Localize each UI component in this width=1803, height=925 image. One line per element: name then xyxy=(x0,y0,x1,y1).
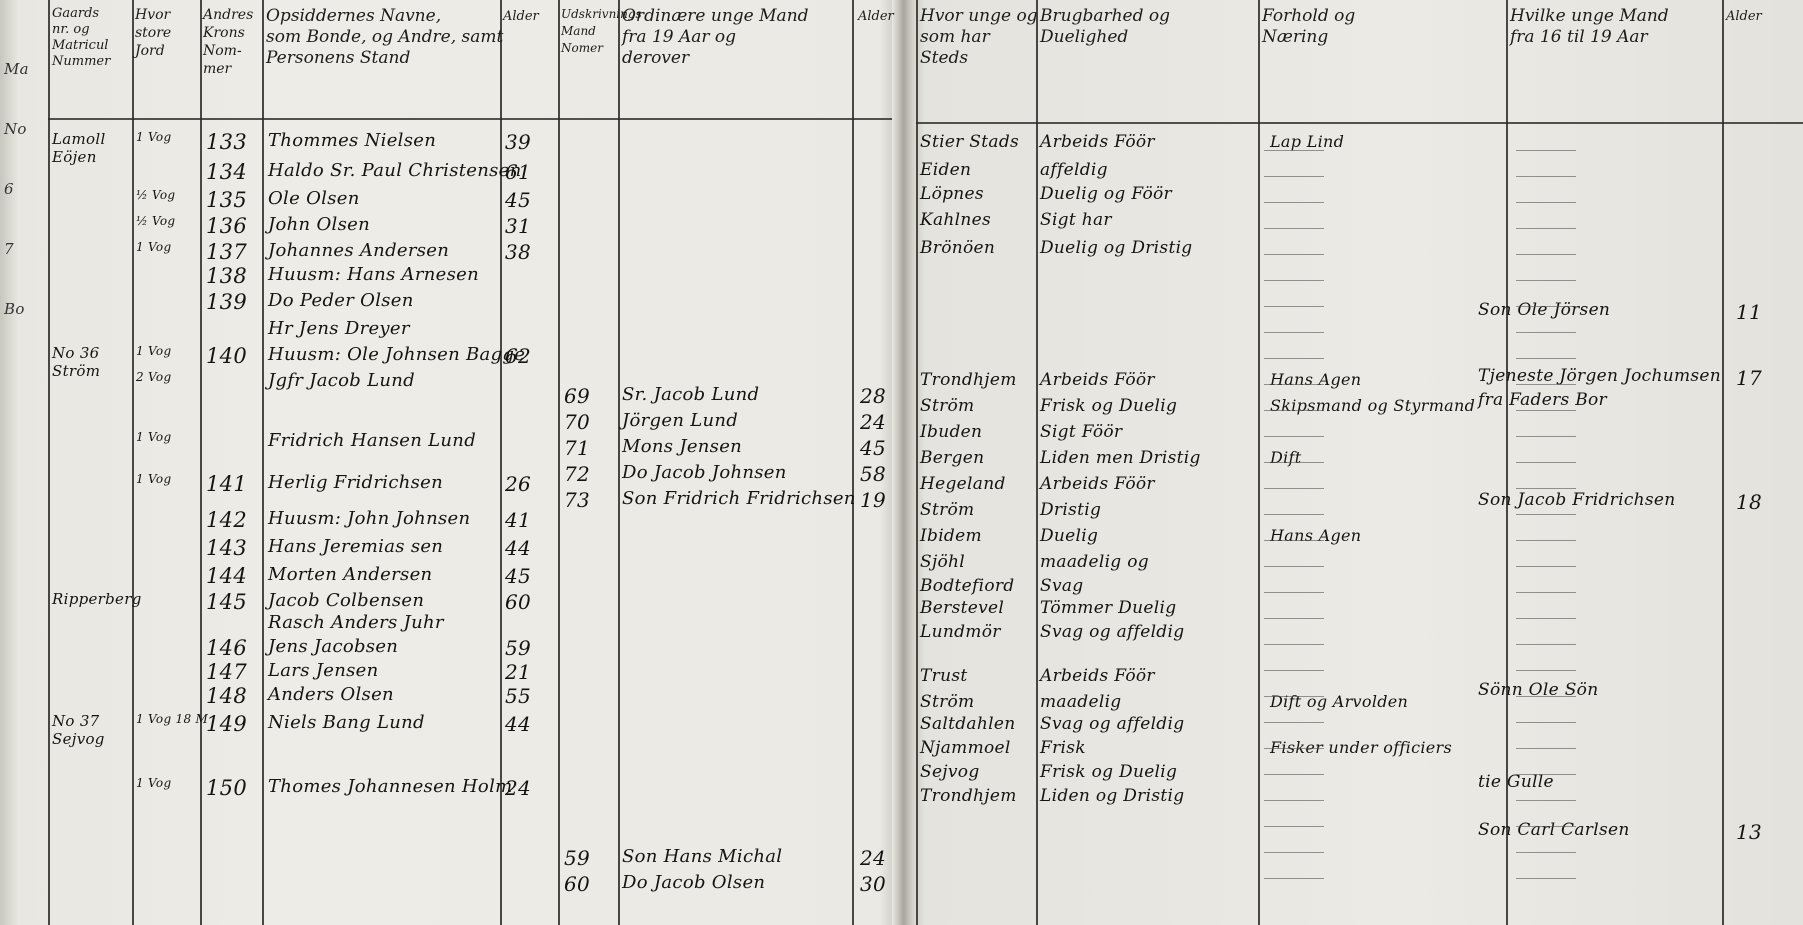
youth-entry: Sönn Ole Sön xyxy=(1478,680,1598,700)
ability-note: Arbeids Föör xyxy=(1040,370,1155,390)
ruled-dash xyxy=(1264,462,1324,463)
young-man-name: Do Jacob Johnsen xyxy=(622,462,787,483)
ability-note: Duelig xyxy=(1040,526,1098,546)
place-name: Ibuden xyxy=(920,422,982,442)
header-young-men: Ordinære unge Mand fra 19 Aar og derover xyxy=(622,6,809,69)
ruled-dash xyxy=(1516,878,1576,879)
person-age: 61 xyxy=(505,160,531,184)
ability-note: Duelig og Föör xyxy=(1040,184,1172,204)
ability-note: Arbeids Föör xyxy=(1040,474,1155,494)
place-name: Ibidem xyxy=(920,526,982,546)
person-name: Huusm: John Johnsen xyxy=(268,508,470,529)
place-name: Löpnes xyxy=(920,184,984,204)
place-name: Berstevel xyxy=(920,598,1004,618)
place-name: Trust xyxy=(920,666,967,686)
entry-number: 140 xyxy=(206,344,247,368)
ruled-dash xyxy=(1516,358,1576,359)
person-age: 21 xyxy=(505,660,531,684)
header-conduct: Forhold og Næring xyxy=(1262,6,1355,48)
person-name: Rasch Anders Juhr xyxy=(268,612,444,633)
ruled-dash xyxy=(1264,644,1324,645)
youth-entry: tie Gulle xyxy=(1478,772,1554,792)
place-name: Bodtefiord xyxy=(920,576,1014,596)
ruled-dash xyxy=(1264,332,1324,333)
ability-note: Liden og Dristig xyxy=(1040,786,1184,806)
person-name: Anders Olsen xyxy=(268,684,394,705)
ruled-dash xyxy=(1264,878,1324,879)
entry-number: 150 xyxy=(206,776,247,800)
ruled-dash xyxy=(1516,722,1576,723)
entry-number: 149 xyxy=(206,712,247,736)
place-name: Bergen xyxy=(920,448,984,468)
ruled-dash xyxy=(1516,696,1576,697)
person-name: John Olsen xyxy=(268,214,370,235)
header-age: Alder xyxy=(503,6,539,27)
person-age: 62 xyxy=(505,344,531,368)
young-man-age: 28 xyxy=(860,384,886,408)
ruled-dash xyxy=(1264,800,1324,801)
ruled-dash xyxy=(1516,462,1576,463)
place-name: Ström xyxy=(920,396,974,416)
conscript-number: 59 xyxy=(564,846,590,870)
land-size: 2 Vog xyxy=(136,370,171,384)
person-age: 60 xyxy=(505,590,531,614)
ruled-dash xyxy=(1264,254,1324,255)
ruled-dash xyxy=(1264,826,1324,827)
person-name: Huusm: Hans Arnesen xyxy=(268,264,479,285)
header-place: Hvor unge og som har Steds xyxy=(920,6,1038,69)
conduct-note: Lap Lind xyxy=(1270,132,1344,151)
entry-number: 138 xyxy=(206,264,247,288)
ruled-dash xyxy=(1264,514,1324,515)
entry-number: 146 xyxy=(206,636,247,660)
conscript-number: 73 xyxy=(564,488,590,512)
entry-number: 135 xyxy=(206,188,247,212)
ability-note: maadelig og xyxy=(1040,552,1149,572)
entry-number: 145 xyxy=(206,590,247,614)
ruled-dash xyxy=(1516,540,1576,541)
young-man-name: Jörgen Lund xyxy=(622,410,738,431)
place-name: Ström xyxy=(920,500,974,520)
youth-entry: fra Faders Bor xyxy=(1478,390,1607,410)
ruled-dash xyxy=(1264,228,1324,229)
ruled-dash xyxy=(1516,410,1576,411)
conscript-number: 70 xyxy=(564,410,590,434)
margin-mark: Ma xyxy=(4,60,29,78)
ability-note: Dristig xyxy=(1040,500,1101,520)
entry-number: 142 xyxy=(206,508,247,532)
person-age: 44 xyxy=(505,712,531,736)
ruled-dash xyxy=(1264,852,1324,853)
youth-entry: Son Ole Jörsen xyxy=(1478,300,1610,320)
entry-number: 133 xyxy=(206,130,247,154)
land-size: ½ Vog xyxy=(136,214,175,228)
place-name: Sejvog xyxy=(920,762,980,782)
conduct-note: Hans Agen xyxy=(1270,526,1361,545)
land-size: 1 Vog xyxy=(136,240,171,254)
place-name: Trondhjem xyxy=(920,786,1017,806)
place-name: Njammoel xyxy=(920,738,1011,758)
conscript-number: 71 xyxy=(564,436,590,460)
ruled-dash xyxy=(1516,852,1576,853)
land-size: 1 Vog xyxy=(136,130,171,144)
ability-note: Duelig og Dristig xyxy=(1040,238,1193,258)
conduct-note: Skipsmand og Styrmand xyxy=(1270,396,1475,415)
person-age: 44 xyxy=(505,536,531,560)
young-man-name: Sr. Jacob Lund xyxy=(622,384,759,405)
ruled-dash xyxy=(1264,592,1324,593)
young-man-age: 24 xyxy=(860,846,886,870)
ruled-dash xyxy=(1264,280,1324,281)
person-name: Thommes Nielsen xyxy=(268,130,436,151)
person-name: Haldo Sr. Paul Christensen xyxy=(268,160,522,181)
farm-name: No 37 Sejvog xyxy=(52,712,105,748)
person-age: 55 xyxy=(505,684,531,708)
young-man-age: 19 xyxy=(860,488,886,512)
land-size: 1 Vog xyxy=(136,344,171,358)
land-size: 1 Vog xyxy=(136,472,171,486)
youth-age: 13 xyxy=(1736,820,1762,844)
entry-number: 139 xyxy=(206,290,247,314)
entry-number: 148 xyxy=(206,684,247,708)
ruled-dash xyxy=(1264,488,1324,489)
ruled-dash xyxy=(1264,150,1324,151)
conduct-note: Hans Agen xyxy=(1270,370,1361,389)
ruled-dash xyxy=(1264,618,1324,619)
ruled-dash xyxy=(1516,280,1576,281)
margin-mark: Bo xyxy=(4,300,25,318)
place-name: Ström xyxy=(920,692,974,712)
ruled-dash xyxy=(1516,748,1576,749)
land-size: 1 Vog xyxy=(136,430,171,444)
ruled-dash xyxy=(1516,488,1576,489)
place-name: Kahlnes xyxy=(920,210,991,230)
person-name: Do Peder Olsen xyxy=(268,290,414,311)
census-register-page: Gaards nr. og Matricul Nummer Hvor store… xyxy=(0,0,1803,925)
ability-note: Arbeids Föör xyxy=(1040,132,1155,152)
young-man-age: 24 xyxy=(860,410,886,434)
ruled-dash xyxy=(1516,384,1576,385)
person-age: 45 xyxy=(505,564,531,588)
ruled-dash xyxy=(1264,774,1324,775)
ruled-dash xyxy=(1516,618,1576,619)
entry-number: 137 xyxy=(206,240,247,264)
ability-note: Sigt Föör xyxy=(1040,422,1122,442)
entry-number: 147 xyxy=(206,660,247,684)
place-name: Trondhjem xyxy=(920,370,1017,390)
place-name: Saltdahlen xyxy=(920,714,1015,734)
ruled-dash xyxy=(1264,670,1324,671)
ruled-dash xyxy=(1264,358,1324,359)
young-man-name: Do Jacob Olsen xyxy=(622,872,765,893)
person-name: Jacob Colbensen xyxy=(268,590,424,611)
person-name: Ole Olsen xyxy=(268,188,360,209)
person-name: Morten Andersen xyxy=(268,564,432,585)
ruled-dash xyxy=(1264,306,1324,307)
young-man-name: Son Fridrich Fridrichsen xyxy=(622,488,856,509)
entry-number: 144 xyxy=(206,564,247,588)
youth-entry: Son Carl Carlsen xyxy=(1478,820,1630,840)
ruled-dash xyxy=(1516,592,1576,593)
margin-mark: 7 xyxy=(4,240,14,258)
ability-note: Frisk xyxy=(1040,738,1086,758)
ruled-dash xyxy=(1264,540,1324,541)
person-name: Fridrich Hansen Lund xyxy=(268,430,476,451)
conscript-number: 60 xyxy=(564,872,590,896)
place-name: Lundmör xyxy=(920,622,1001,642)
farm-name: Lamoll Eöjen xyxy=(52,130,106,166)
header-number: Andres Krons Nom- mer xyxy=(203,6,253,78)
ability-note: Liden men Dristig xyxy=(1040,448,1201,468)
person-age: 24 xyxy=(505,776,531,800)
ability-note: Frisk og Duelig xyxy=(1040,396,1177,416)
conscript-number: 72 xyxy=(564,462,590,486)
person-age: 41 xyxy=(505,508,531,532)
margin-mark: 6 xyxy=(4,180,14,198)
book-gutter xyxy=(892,0,918,925)
person-age: 31 xyxy=(505,214,531,238)
header-age-3: Alder xyxy=(1726,6,1762,27)
person-name: Lars Jensen xyxy=(268,660,379,681)
ruled-dash xyxy=(1516,306,1576,307)
person-name: Jgfr Jacob Lund xyxy=(268,370,415,391)
ruled-dash xyxy=(1516,826,1576,827)
place-name: Brönöen xyxy=(920,238,995,258)
ability-note: Svag og affeldig xyxy=(1040,714,1184,734)
ruled-dash xyxy=(1516,514,1576,515)
ruled-dash xyxy=(1264,696,1324,697)
person-name: Hr Jens Dreyer xyxy=(268,318,410,339)
entry-number: 134 xyxy=(206,160,247,184)
ruled-dash xyxy=(1516,176,1576,177)
ability-note: affeldig xyxy=(1040,160,1108,180)
person-age: 38 xyxy=(505,240,531,264)
ruled-dash xyxy=(1516,670,1576,671)
conduct-note: Dift og Arvolden xyxy=(1270,692,1408,711)
entry-number: 136 xyxy=(206,214,247,238)
land-size: ½ Vog xyxy=(136,188,175,202)
farm-name: No 36 Ström xyxy=(52,344,100,380)
header-youth: Hvilke unge Mand fra 16 til 19 Aar xyxy=(1510,6,1669,48)
person-name: Hans Jeremias sen xyxy=(268,536,443,557)
ruled-dash xyxy=(1264,202,1324,203)
ruled-dash xyxy=(1264,410,1324,411)
ability-note: maadelig xyxy=(1040,692,1122,712)
person-age: 26 xyxy=(505,472,531,496)
land-size: 1 Vog xyxy=(136,776,171,790)
conscript-number: 69 xyxy=(564,384,590,408)
ability-note: Frisk og Duelig xyxy=(1040,762,1177,782)
land-size: 1 Vog 18 M xyxy=(136,712,208,726)
person-age: 45 xyxy=(505,188,531,212)
place-name: Stier Stads xyxy=(920,132,1019,152)
person-age: 59 xyxy=(505,636,531,660)
ruled-dash xyxy=(1516,566,1576,567)
header-age-2: Alder xyxy=(858,6,894,27)
ruled-dash xyxy=(1516,202,1576,203)
header-ability: Brugbarhed og Duelighed xyxy=(1040,6,1170,48)
young-man-name: Son Hans Michal xyxy=(622,846,782,867)
person-name: Huusm: Ole Johnsen Bagge xyxy=(268,344,525,365)
youth-entry: Tjeneste Jörgen Jochumsen xyxy=(1478,366,1721,386)
youth-age: 18 xyxy=(1736,490,1762,514)
ruled-dash xyxy=(1264,436,1324,437)
young-man-name: Mons Jensen xyxy=(622,436,742,457)
youth-entry: Son Jacob Fridrichsen xyxy=(1478,490,1676,510)
ruled-dash xyxy=(1264,384,1324,385)
ruled-dash xyxy=(1516,800,1576,801)
person-name: Thomes Johannesen Holm xyxy=(268,776,513,797)
header-land: Hvor store Jord xyxy=(135,6,171,60)
conduct-note: Dift xyxy=(1270,448,1302,467)
ruled-dash xyxy=(1264,176,1324,177)
ability-note: Svag og affeldig xyxy=(1040,622,1184,642)
ruled-dash xyxy=(1516,644,1576,645)
youth-age: 11 xyxy=(1736,300,1762,324)
ruled-dash xyxy=(1516,254,1576,255)
header-names: Opsiddernes Navne, som Bonde, og Andre, … xyxy=(266,6,503,69)
ability-note: Arbeids Föör xyxy=(1040,666,1155,686)
ruled-dash xyxy=(1516,150,1576,151)
ruled-dash xyxy=(1516,436,1576,437)
place-name: Eiden xyxy=(920,160,971,180)
ability-note: Sigt har xyxy=(1040,210,1112,230)
young-man-age: 30 xyxy=(860,872,886,896)
person-age: 39 xyxy=(505,130,531,154)
place-name: Hegeland xyxy=(920,474,1006,494)
youth-age: 17 xyxy=(1736,366,1762,390)
ruled-dash xyxy=(1264,566,1324,567)
ruled-dash xyxy=(1264,748,1324,749)
young-man-age: 45 xyxy=(860,436,886,460)
ability-note: Tömmer Duelig xyxy=(1040,598,1176,618)
person-name: Niels Bang Lund xyxy=(268,712,425,733)
ruled-dash xyxy=(1264,722,1324,723)
ability-note: Svag xyxy=(1040,576,1083,596)
entry-number: 141 xyxy=(206,472,247,496)
ruled-dash xyxy=(1516,332,1576,333)
ruled-dash xyxy=(1516,774,1576,775)
young-man-age: 58 xyxy=(860,462,886,486)
ruled-dash xyxy=(1516,228,1576,229)
person-name: Johannes Andersen xyxy=(268,240,449,261)
place-name: Sjöhl xyxy=(920,552,965,572)
person-name: Jens Jacobsen xyxy=(268,636,398,657)
person-name: Herlig Fridrichsen xyxy=(268,472,443,493)
header-farm: Gaards nr. og Matricul Nummer xyxy=(52,6,110,70)
margin-mark: No xyxy=(4,120,27,138)
entry-number: 143 xyxy=(206,536,247,560)
farm-name: Ripperberg xyxy=(52,590,142,608)
